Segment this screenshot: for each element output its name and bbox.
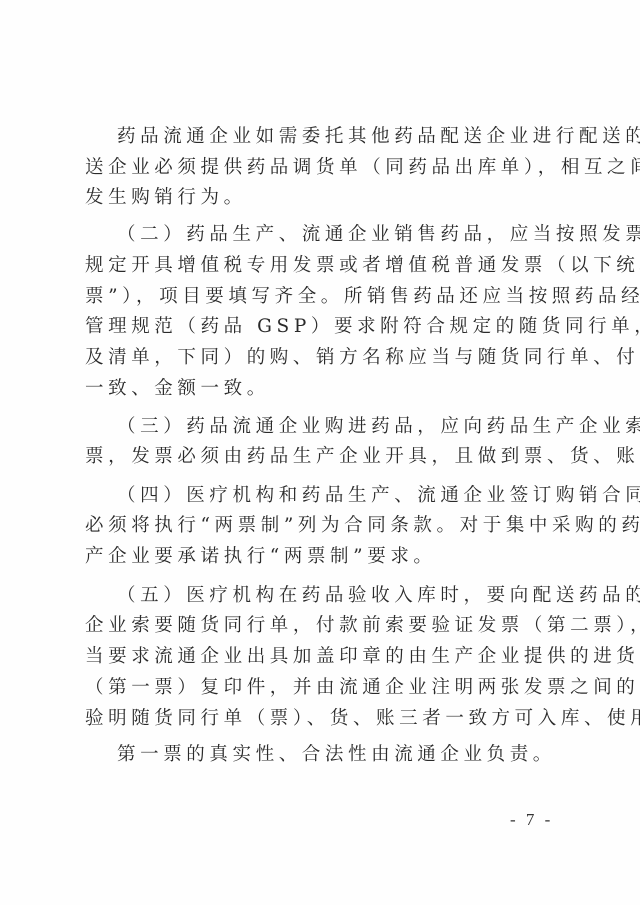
paragraph-line: （四）医疗机构和药品生产、流通企业签订购销合同时，	[117, 483, 592, 509]
paragraph-line: 当要求流通企业出具加盖印章的由生产企业提供的进货发票	[85, 644, 560, 670]
paragraph-line: （二）药品生产、流通企业销售药品，应当按照发票管理	[117, 222, 592, 248]
paragraph-line: 第一票的真实性、合法性由流通企业负责。	[117, 742, 592, 768]
paragraph-line: 送企业必须提供药品调货单（同药品出库单），相互之间不得	[85, 155, 560, 181]
paragraph-line: 票”），项目要填写齐全。所销售药品还应当按照药品经营质量	[85, 284, 560, 310]
paragraph-line: 管理规范（药品 GSP）要求附符合规定的随货同行单，发票（以	[85, 314, 560, 340]
paragraph-line: 企业索要随货同行单，付款前索要验证发票（第二票），还应	[85, 613, 560, 639]
paragraph-line: 及清单，下同）的购、销方名称应当与随货同行单、付款流向	[85, 345, 560, 371]
paragraph-line: 规定开具增值税专用发票或者增值税普通发票（以下统称“发	[85, 253, 560, 279]
page-number: - 7 -	[510, 810, 553, 830]
paragraph-line: （五）医疗机构在药品验收入库时，要向配送药品的流通	[117, 583, 592, 609]
paragraph-line: （第一票）复印件，并由流通企业注明两张发票之间的关联性。	[85, 675, 560, 701]
paragraph-line: 产企业要承诺执行“两票制”要求。	[85, 544, 560, 570]
paragraph-line: 药品流通企业如需委托其他药品配送企业进行配送的，配	[117, 124, 592, 150]
paragraph-line: 发生购销行为。	[85, 185, 560, 211]
paragraph-line: 票，发票必须由药品生产企业开具，且做到票、货、账相符。	[85, 444, 560, 470]
document-page: 药品流通企业如需委托其他药品配送企业进行配送的，配 送企业必须提供药品调货单（同…	[0, 0, 640, 905]
paragraph-line: 一致、金额一致。	[85, 376, 560, 402]
paragraph-line: 验明随货同行单（票）、货、账三者一致方可入库、使用。	[85, 706, 560, 732]
paragraph-line: 必须将执行“两票制”列为合同条款。对于集中采购的药品，生	[85, 513, 560, 539]
paragraph-line: （三）药品流通企业购进药品，应向药品生产企业索要发	[117, 414, 592, 440]
